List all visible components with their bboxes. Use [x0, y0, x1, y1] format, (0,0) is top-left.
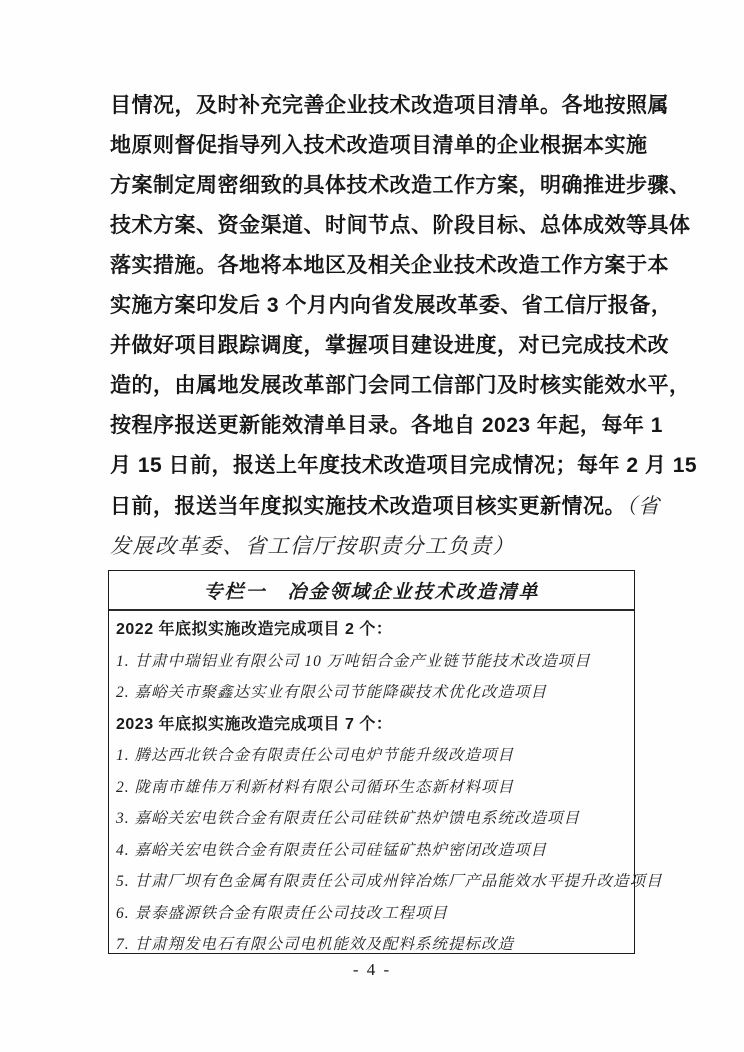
- body-line: 按程序报送更新能效清单目录。各地自 2023 年起，每年 1: [110, 406, 647, 446]
- body-line: 造的，由属地发展改革部门会同工信部门及时核实能效水平，: [110, 366, 647, 406]
- document-page: 目情况，及时补充完善企业技术改造项目清单。各地按照属地原则督促指导列入技术改造项…: [0, 0, 744, 1052]
- list-item: 2. 嘉峪关市聚鑫达实业有限公司节能降碳技术优化改造项目: [116, 677, 628, 709]
- body-line: 实施方案印发后 3 个月内向省发展改革委、省工信厅报备，: [110, 286, 647, 326]
- body-text-run: （省: [626, 494, 661, 518]
- column-box-content: 2022 年底拟实施改造完成项目 2 个：1. 甘肃中瑞铝业有限公司 10 万吨…: [109, 611, 634, 961]
- body-text-run: 日前，报送当年度拟实施技术改造项目核实更新情况。: [110, 495, 626, 518]
- box-section-heading: 2023 年底拟实施改造完成项目 7 个：: [116, 709, 628, 741]
- list-item: 4. 嘉峪关宏电铁合金有限责任公司硅锰矿热炉密闭改造项目: [116, 835, 628, 867]
- body-line: 发展改革委、省工信厅按职责分工负责）: [110, 526, 647, 566]
- list-item: 1. 甘肃中瑞铝业有限公司 10 万吨铝合金产业链节能技术改造项目: [116, 646, 628, 678]
- body-text-run: 月 15 日前，报送上年度技术改造项目完成情况；每年 2 月 15: [110, 454, 697, 477]
- body-line: 月 15 日前，报送上年度技术改造项目完成情况；每年 2 月 15: [110, 446, 647, 486]
- body-text-run: 技术方案、资金渠道、时间节点、阶段目标、总体成效等具体: [110, 214, 691, 237]
- body-text-run: 并做好项目跟踪调度，掌握项目建设进度，对已完成技术改: [110, 334, 669, 357]
- body-text-run: 落实措施。各地将本地区及相关企业技术改造工作方案于本: [110, 254, 669, 277]
- body-paragraph: 目情况，及时补充完善企业技术改造项目清单。各地按照属地原则督促指导列入技术改造项…: [110, 86, 647, 566]
- page-number: - 4 -: [0, 960, 744, 980]
- body-text-run: 实施方案印发后 3 个月内向省发展改革委、省工信厅报备，: [110, 294, 672, 317]
- list-item: 7. 甘肃翔发电石有限公司电机能效及配料系统提标改造: [116, 929, 628, 961]
- body-line: 地原则督促指导列入技术改造项目清单的企业根据本实施: [110, 126, 647, 166]
- body-line: 技术方案、资金渠道、时间节点、阶段目标、总体成效等具体: [110, 206, 647, 246]
- body-text-run: 发展改革委、省工信厅按职责分工负责）: [110, 534, 515, 558]
- body-line: 落实措施。各地将本地区及相关企业技术改造工作方案于本: [110, 246, 647, 286]
- body-text-run: 地原则督促指导列入技术改造项目清单的企业根据本实施: [110, 134, 648, 157]
- column-box: 专栏一 冶金领域企业技术改造清单 2022 年底拟实施改造完成项目 2 个：1.…: [108, 570, 635, 954]
- body-line: 方案制定周密细致的具体技术改造工作方案，明确推进步骤、: [110, 166, 647, 206]
- box-section-heading: 2022 年底拟实施改造完成项目 2 个：: [116, 614, 628, 646]
- body-text-run: 造的，由属地发展改革部门会同工信部门及时核实能效水平，: [110, 374, 691, 397]
- list-item: 5. 甘肃厂坝有色金属有限责任公司成州锌冶炼厂产品能效水平提升改造项目: [116, 866, 628, 898]
- list-item: 1. 腾达西北铁合金有限责任公司电炉节能升级改造项目: [116, 740, 628, 772]
- body-line: 并做好项目跟踪调度，掌握项目建设进度，对已完成技术改: [110, 326, 647, 366]
- column-box-title: 专栏一 冶金领域企业技术改造清单: [203, 577, 539, 604]
- list-item: 6. 景泰盛源铁合金有限责任公司技改工程项目: [116, 898, 628, 930]
- body-text-run: 目情况，及时补充完善企业技术改造项目清单。各地按照属: [110, 94, 669, 117]
- body-line: 日前，报送当年度拟实施技术改造项目核实更新情况。（省: [110, 486, 647, 526]
- body-line: 目情况，及时补充完善企业技术改造项目清单。各地按照属: [110, 86, 647, 126]
- column-box-title-row: 专栏一 冶金领域企业技术改造清单: [109, 571, 634, 611]
- body-text-run: 方案制定周密细致的具体技术改造工作方案，明确推进步骤、: [110, 174, 691, 197]
- list-item: 3. 嘉峪关宏电铁合金有限责任公司硅铁矿热炉馈电系统改造项目: [116, 803, 628, 835]
- body-text-run: 按程序报送更新能效清单目录。各地自 2023 年起，每年 1: [110, 414, 663, 437]
- list-item: 2. 陇南市雄伟万利新材料有限公司循环生态新材料项目: [116, 772, 628, 804]
